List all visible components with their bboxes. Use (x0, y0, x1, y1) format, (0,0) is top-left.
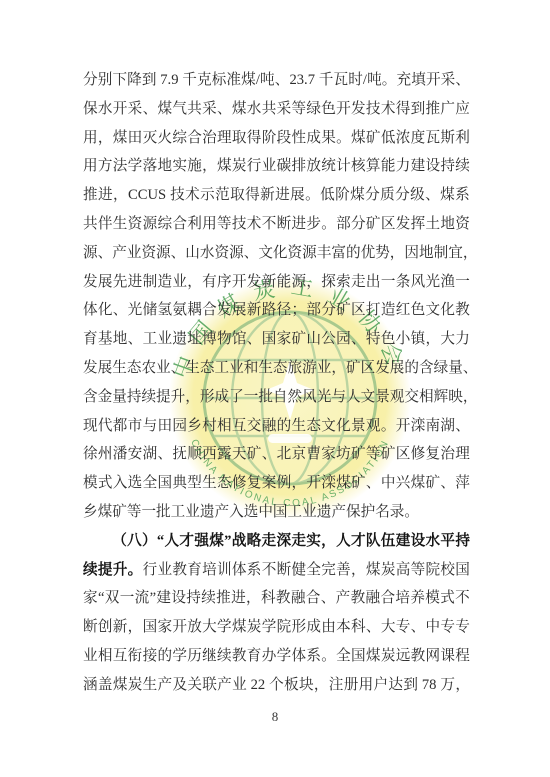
text-line: 涵盖煤炭生产及关联产业 22 个板块，注册用户达到 78 万， (83, 671, 470, 700)
text-line: 育基地、工业遗址博物馆、国家矿山公园、特色小镇，大力 (83, 325, 470, 354)
text-line: 用方法学落地实施，煤炭行业碳排放统计核算能力建设持续 (83, 152, 470, 181)
text-line: 发展先进制造业，有序开发新能源，探索走出一条风光渔一 (83, 268, 470, 297)
text-line: 乡煤矿等一批工业遗产入选中国工业遗产保护名录。 (83, 498, 470, 527)
text-line: 模式入选全国典型生态修复案例，开滦煤矿、中兴煤矿、萍 (83, 469, 470, 498)
text-line: 家“双一流”建设持续推进，科教融合、产教融合培养模式不 (83, 584, 470, 613)
text-line: 含金量持续提升，形成了一批自然风光与人文景观交相辉映， (83, 383, 470, 412)
document-page: 中国煤炭工业协会 CHINA NATIONAL COAL ASSOCIATION… (0, 0, 550, 777)
text-line: 分别下降到 7.9 千克标准煤/吨、23.7 千瓦时/吨。充填开采、 (83, 66, 470, 95)
text-line: 徐州潘安湖、抚顺西露天矿、北京曹家坊矿等矿区修复治理 (83, 440, 470, 469)
text-line: 业相互衔接的学历继续教育办学体系。全国煤炭远教网课程 (83, 642, 470, 671)
text-line: 源、产业资源、山水资源、文化资源丰富的优势，因地制宜， (83, 239, 470, 268)
text-line: 续提升。行业教育培训体系不断健全完善，煤炭高等院校国 (83, 556, 470, 585)
text-line: 断创新，国家开放大学煤炭学院形成由本科、大专、中专专 (83, 613, 470, 642)
text-line: 体化、光储氢氨耦合发展新路径；部分矿区打造红色文化教 (83, 296, 470, 325)
page-number: 8 (0, 709, 550, 725)
text-line: （八）“人才强煤”战略走深走实，人才队伍建设水平持 (83, 527, 470, 556)
text-line: 用，煤田灭火综合治理取得阶段性成果。煤矿低浓度瓦斯利 (83, 124, 470, 153)
text-line: 现代都市与田园乡村相互交融的生态文化景观。开滦南湖、 (83, 412, 470, 441)
text-line: 推进，CCUS 技术示范取得新进展。低阶煤分质分级、煤系 (83, 181, 470, 210)
text-line: 发展生态农业、生态工业和生态旅游业，矿区发展的含绿量、 (83, 354, 470, 383)
text-line: 共伴生资源综合利用等技术不断进步。部分矿区发挥土地资 (83, 210, 470, 239)
text-block: 分别下降到 7.9 千克标准煤/吨、23.7 千瓦时/吨。充填开采、保水开采、煤… (83, 66, 470, 700)
text-line: 保水开采、煤气共采、煤水共采等绿色开发技术得到推广应 (83, 95, 470, 124)
